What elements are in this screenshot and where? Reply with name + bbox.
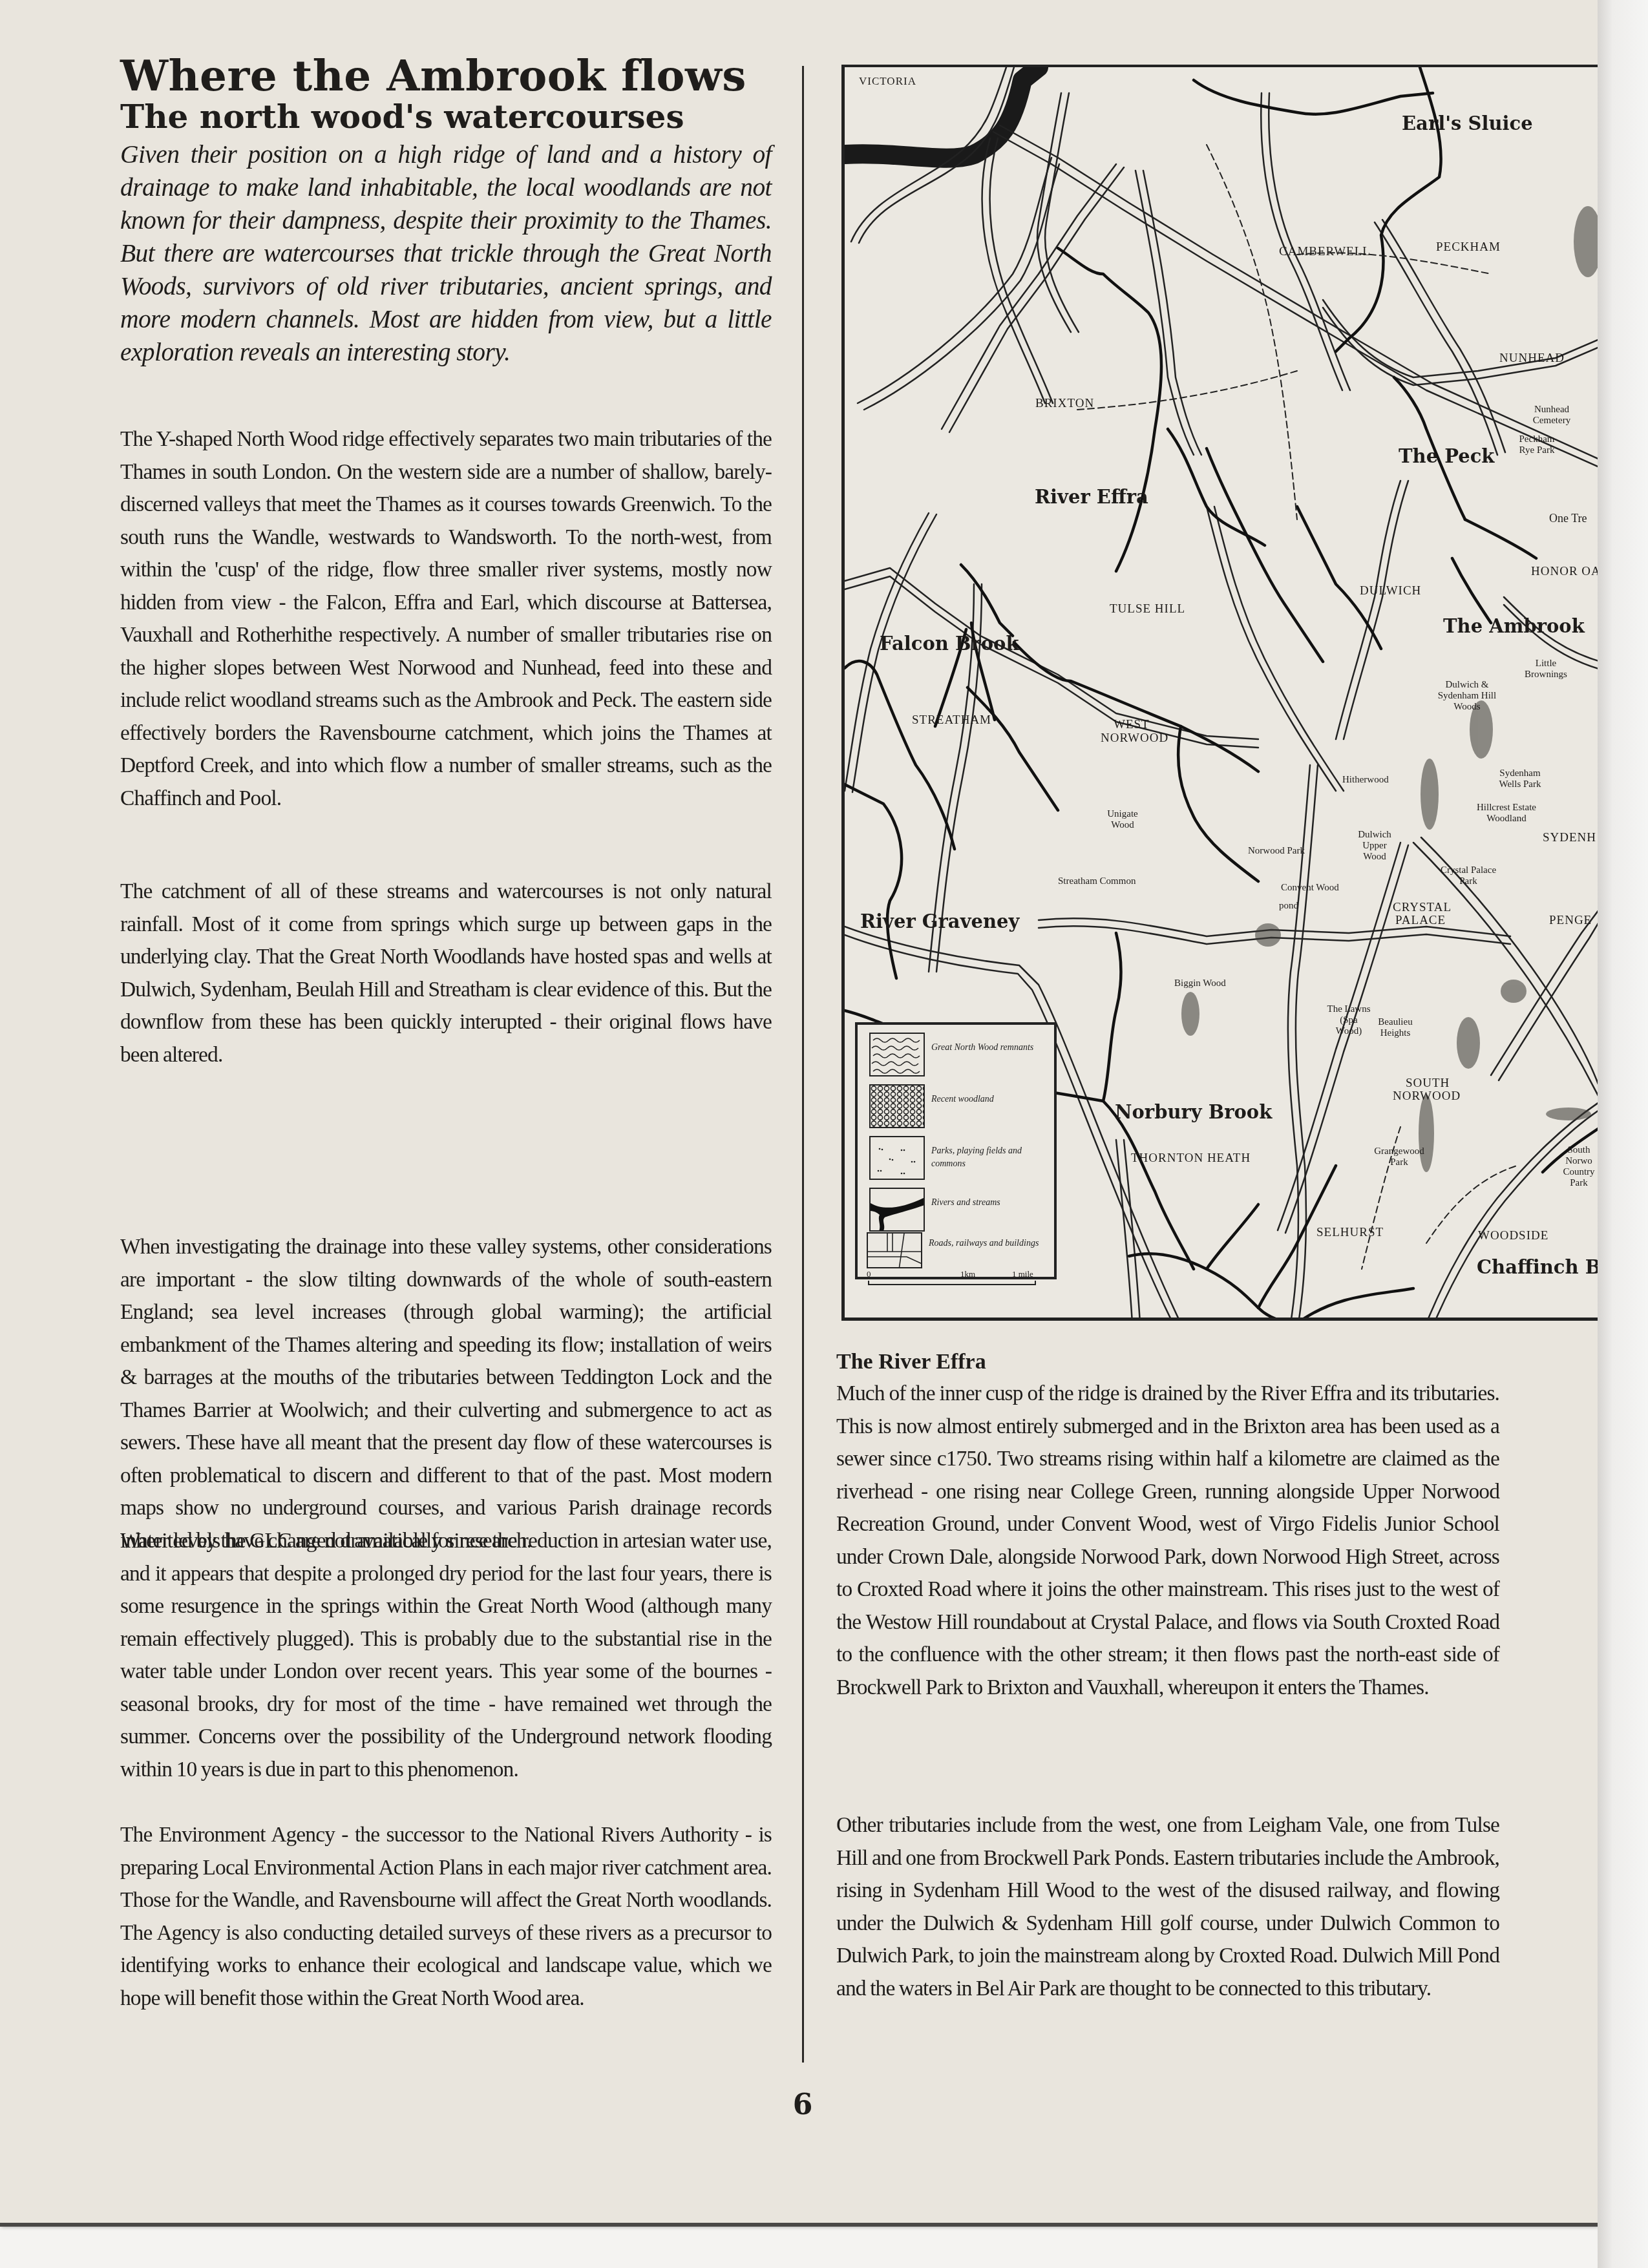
map-label-nunhead-cemetery: Nunhead Cemetery [1526, 404, 1578, 426]
map-label-grangewood-park: Grangewood Park [1373, 1146, 1425, 1168]
map-label-crystal-palace-2: PALACE [1395, 914, 1446, 928]
paragraph-water-levels: Water levels have changed dramatically s… [120, 1525, 772, 1786]
scale-bar-line [868, 1281, 1036, 1285]
paragraph-other-tributaries: Other tributaries include from the west,… [836, 1809, 1499, 2005]
map-label-sydenham-wells-park: Sydenham Wells Park [1494, 768, 1546, 790]
map-label-victoria: VICTORIA [859, 75, 916, 88]
paragraph-drainage: When investigating the drainage into the… [120, 1231, 772, 1557]
map-label-one-tree: One Tre [1549, 513, 1587, 524]
article-header: Where the Ambrook flows The north wood's… [120, 53, 772, 369]
scale-km-label: 1km [960, 1269, 975, 1279]
river-swatch-icon [869, 1188, 925, 1232]
map-label-norwood-park: Norwood Park [1248, 846, 1305, 857]
map-label-dulwich-sydenham-woods: Dulwich & Sydenham Hill Woods [1431, 680, 1503, 713]
legend-item-great-north-wood: Great North Wood remnants [869, 1033, 1050, 1078]
map-label-the-lawns: The Lawns (Spa Wood) [1326, 1004, 1371, 1037]
legend-label: Roads, railways and buildings [929, 1237, 1051, 1250]
map-label-pond: pond [1279, 901, 1298, 912]
map-label-falcon-brook: Falcon Brook [880, 633, 1019, 655]
legend-item-recent-woodland: Recent woodland [869, 1084, 1050, 1129]
scanner-margin [1598, 0, 1648, 2268]
paragraph-ridge: The Y-shaped North Wood ridge effectivel… [120, 423, 772, 815]
map-label-river-effra: River Effra [1035, 486, 1148, 508]
cell-pattern-swatch-icon [869, 1084, 925, 1128]
article-subtitle: The north wood's watercourses [120, 98, 772, 136]
legend-item-rivers: Rivers and streams [869, 1188, 1050, 1233]
map-label-peckham-rye-park: Peckham Rye Park [1514, 434, 1560, 456]
map-label-crystal-palace-1: CRYSTAL [1393, 901, 1452, 915]
map-label-camberwell: CAMBERWELL [1279, 245, 1371, 259]
map-label-unigate-wood: Unigate Wood [1103, 809, 1142, 831]
map-label-south-norwood-1: SOUTH [1406, 1076, 1450, 1091]
scale-bar: 0 1km 1 mile [867, 1269, 1048, 1295]
map-label-river-graveney: River Graveney [860, 910, 1019, 932]
map-label-norbury-brook: Norbury Brook [1115, 1101, 1272, 1123]
map-label-the-ambrook: The Ambrook [1443, 615, 1585, 637]
article-intro: Given their position on a high ridge of … [120, 138, 772, 369]
section-heading-river-effra: The River Effra [836, 1349, 1483, 1375]
map-label-dulwich-upper-wood: Dulwich Upper Wood [1355, 830, 1394, 863]
column-divider [802, 66, 804, 2063]
map-label-brixton: BRIXTON [1035, 397, 1094, 411]
map-label-south-norwood-2: NORWOOD [1393, 1089, 1461, 1104]
map-label-sydenham: SYDENH [1543, 831, 1596, 845]
map-label-thornton-heath: THORNTON HEATH [1131, 1151, 1251, 1166]
page-number: 6 [763, 2088, 843, 2121]
map-label-beaulieu-heights: Beaulieu Heights [1375, 1017, 1416, 1039]
legend-item-parks: Parks, playing fields and commons [869, 1136, 1050, 1181]
map-label-penge: PENGE [1549, 914, 1592, 928]
map-label-nunhead: NUNHEAD [1499, 352, 1565, 366]
map-label-south-norwood-country-park: South Norwo Country Park [1560, 1145, 1598, 1189]
paragraph-environment-agency: The Environment Agency - the successor t… [120, 1819, 772, 2015]
watercourses-map: Earl's Sluice The Peck River Effra The A… [841, 65, 1598, 1321]
map-label-little-brownings: Little Brownings [1520, 658, 1572, 680]
map-label-convent-wood: Convent Wood [1281, 883, 1339, 894]
legend-label: Rivers and streams [931, 1197, 1054, 1210]
dots-swatch-icon [869, 1136, 925, 1180]
map-label-streatham-common: Streatham Common [1058, 876, 1136, 887]
paragraph-river-effra: Much of the inner cusp of the ridge is d… [836, 1378, 1499, 1704]
scale-zero-label: 0 [867, 1269, 871, 1279]
map-label-west-norwood-1: WEST [1114, 718, 1150, 732]
map-label-streatham: STREATHAM [912, 713, 991, 728]
legend-label: Parks, playing fields and commons [931, 1145, 1054, 1171]
map-label-hitherwood: Hitherwood [1342, 775, 1389, 786]
map-label-woodside: WOODSIDE [1478, 1229, 1548, 1243]
road-lines-swatch-icon [867, 1232, 922, 1268]
map-label-dulwich: DULWICH [1360, 584, 1421, 598]
map-label-selhurst: SELHURST [1316, 1226, 1384, 1240]
map-label-chaffinch-brook: Chaffinch Bro [1477, 1256, 1598, 1278]
map-label-hillcrest-estate: Hillcrest Estate Woodland [1473, 803, 1540, 824]
wavy-hatch-swatch-icon [869, 1033, 925, 1076]
legend-label: Great North Wood remnants [931, 1042, 1054, 1055]
map-label-the-peck: The Peck [1399, 445, 1494, 467]
map-label-biggin-wood: Biggin Wood [1174, 978, 1226, 989]
map-label-honor-oak: HONOR OA [1531, 565, 1598, 579]
scale-mile-label: 1 mile [1012, 1269, 1033, 1279]
map-label-west-norwood-2: NORWOOD [1101, 731, 1168, 746]
article-title: Where the Ambrook flows [120, 53, 772, 98]
legend-label: Recent woodland [931, 1093, 1054, 1106]
map-label-earls-sluice: Earl's Sluice [1402, 112, 1533, 134]
page-bottom-edge [0, 2223, 1598, 2227]
map-label-crystal-palace-park: Crystal Palace Park [1439, 865, 1497, 887]
map-label-peckham: PECKHAM [1436, 240, 1501, 255]
map-label-tulse-hill: TULSE HILL [1110, 602, 1185, 616]
paragraph-catchment: The catchment of all of these streams an… [120, 876, 772, 1071]
